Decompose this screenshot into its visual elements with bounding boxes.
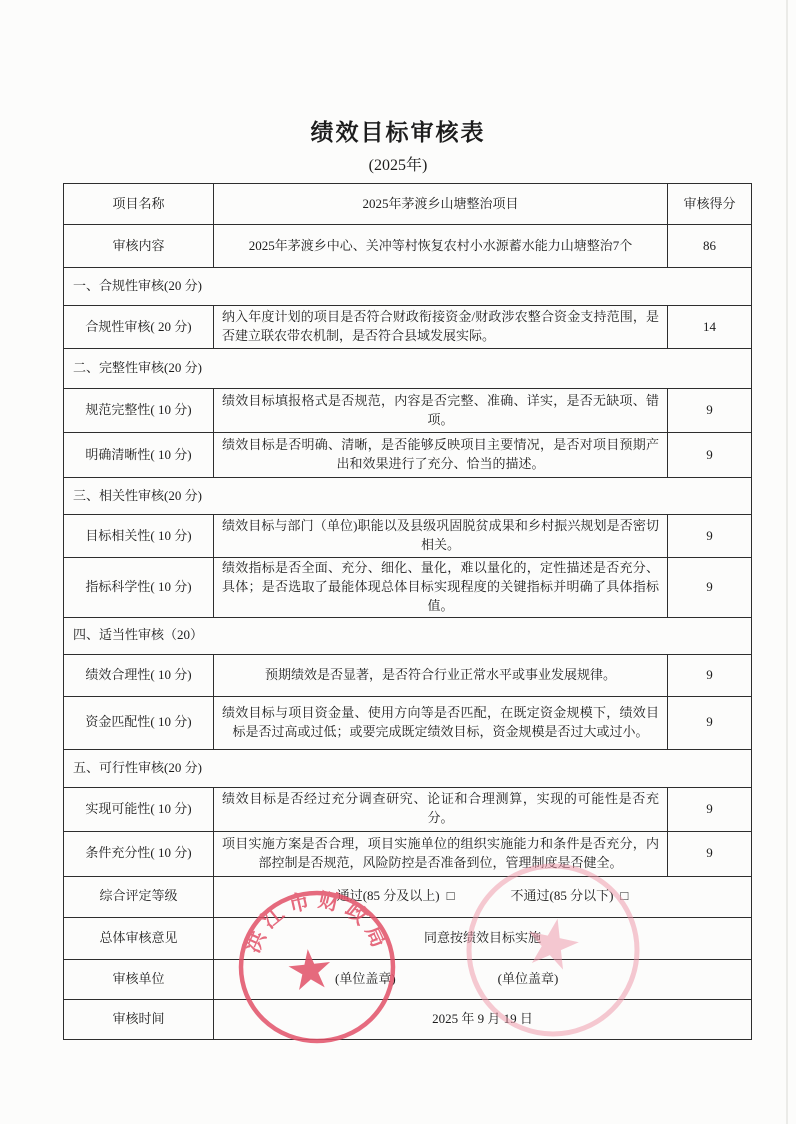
review-table: 项目名称 2025年茅渡乡山塘整治项目 审核得分 审核内容 2025年茅渡乡中心…	[63, 183, 752, 1040]
rating-label: 综合评定等级	[64, 876, 214, 917]
total-score-value: 86	[668, 225, 752, 268]
criterion-label: 条件充分性( 10 分)	[64, 831, 214, 876]
criterion-label: 实现可能性( 10 分)	[64, 787, 214, 831]
criterion-score: 9	[668, 515, 752, 558]
criterion-description: 纳入年度计划的项目是否符合财政衔接资金/财政涉农整合资金支持范围，是否建立联农带…	[214, 306, 668, 349]
criterion-score: 9	[668, 654, 752, 696]
project-name-row: 项目名称 2025年茅渡乡山塘整治项目 审核得分	[64, 184, 752, 225]
criterion-description: 绩效目标与项目资金量、使用方向等是否匹配，在既定资金规模下，绩效目 标是否过高或…	[214, 696, 668, 749]
criterion-score: 9	[668, 831, 752, 876]
criterion-row: 规范完整性( 10 分) 绩效目标填报格式是否规范，内容是否完整、准确、详实，是…	[64, 389, 752, 433]
opinion-value: 同意按绩效目标实施	[214, 917, 752, 959]
fail-checkbox[interactable]: □	[620, 887, 628, 906]
unit-seal-cell: (单位盖章) (单位盖章)	[214, 959, 752, 999]
criterion-label: 绩效合理性( 10 分)	[64, 654, 214, 696]
seal-note-2: (单位盖章)	[498, 970, 559, 989]
scan-edge-artifact	[786, 0, 788, 1124]
criterion-score: 9	[668, 558, 752, 618]
criterion-description: 绩效目标是否明确、清晰，是否能够反映项目主要情况，是否对项目预期产 出和效果进行…	[214, 433, 668, 478]
criterion-description: 绩效目标与部门（单位)职能以及县级巩固脱贫成果和乡村振兴规划是否密切相关。	[214, 515, 668, 558]
scanned-document-page: 绩效目标审核表 (2025年) 项目名称 2025年茅渡乡山塘整治项目 审核得分…	[0, 0, 796, 1124]
criterion-label: 目标相关性( 10 分)	[64, 515, 214, 558]
criterion-score: 9	[668, 787, 752, 831]
score-column-header: 审核得分	[668, 184, 752, 225]
criterion-label: 规范完整性( 10 分)	[64, 389, 214, 433]
date-label: 审核时间	[64, 999, 214, 1039]
criterion-label: 明确清晰性( 10 分)	[64, 433, 214, 478]
pass-option-text: 通过(85 分及以上)	[337, 888, 440, 903]
section-2-title: 二、完整性审核(20 分)	[64, 349, 752, 389]
criterion-row: 条件充分性( 10 分) 项目实施方案是否合理，项目实施单位的组织实施能力和条件…	[64, 831, 752, 876]
criterion-label: 合规性审核( 20 分)	[64, 306, 214, 349]
project-name-value: 2025年茅渡乡山塘整治项目	[214, 184, 668, 225]
review-content-label: 审核内容	[64, 225, 214, 268]
section-3-title: 三、相关性审核(20 分)	[64, 478, 752, 515]
pass-checkbox[interactable]: □	[447, 887, 455, 906]
criterion-score: 9	[668, 433, 752, 478]
criterion-score: 9	[668, 696, 752, 749]
criterion-row: 目标相关性( 10 分) 绩效目标与部门（单位)职能以及县级巩固脱贫成果和乡村振…	[64, 515, 752, 558]
criterion-description: 项目实施方案是否合理，项目实施单位的组织实施能力和条件是否充分，内 部控制是否规…	[214, 831, 668, 876]
document-title: 绩效目标审核表	[0, 114, 796, 147]
unit-label: 审核单位	[64, 959, 214, 999]
criterion-row: 合规性审核( 20 分) 纳入年度计划的项目是否符合财政衔接资金/财政涉农整合资…	[64, 306, 752, 349]
criterion-description: 绩效目标填报格式是否规范，内容是否完整、准确、详实，是否无缺项、错 项。	[214, 389, 668, 433]
opinion-row: 总体审核意见 同意按绩效目标实施	[64, 917, 752, 959]
criterion-description: 绩效指标是否全面、充分、细化、量化，难以量化的，定性描述是否充分、 具体；是否选…	[214, 558, 668, 618]
section-header-row: 一、合规性审核(20 分)	[64, 268, 752, 306]
document-subtitle: (2025年)	[0, 152, 796, 175]
pass-option: 通过(85 分及以上)□	[337, 887, 455, 906]
fail-option-text: 不通过(85 分以下)	[511, 888, 614, 903]
section-header-row: 五、可行性审核(20 分)	[64, 749, 752, 787]
review-date-row: 审核时间 2025 年 9 月 19 日	[64, 999, 752, 1039]
criterion-score: 14	[668, 306, 752, 349]
review-content-row: 审核内容 2025年茅渡乡中心、关冲等村恢复农村小水源蓄水能力山塘整治7个 86	[64, 225, 752, 268]
criterion-row: 实现可能性( 10 分) 绩效目标是否经过充分调查研究、论证和合理测算，实现的可…	[64, 787, 752, 831]
section-4-title: 四、适当性审核（20）	[64, 617, 752, 654]
criterion-description: 绩效目标是否经过充分调查研究、论证和合理测算，实现的可能性是否充分。	[214, 787, 668, 831]
date-value: 2025 年 9 月 19 日	[214, 999, 752, 1039]
criterion-row: 明确清晰性( 10 分) 绩效目标是否明确、清晰，是否能够反映项目主要情况，是否…	[64, 433, 752, 478]
criterion-row: 资金匹配性( 10 分) 绩效目标与项目资金量、使用方向等是否匹配，在既定资金规…	[64, 696, 752, 749]
section-1-title: 一、合规性审核(20 分)	[64, 268, 752, 306]
opinion-label: 总体审核意见	[64, 917, 214, 959]
seal-note-1: (单位盖章)	[335, 970, 396, 989]
section-header-row: 三、相关性审核(20 分)	[64, 478, 752, 515]
project-name-label: 项目名称	[64, 184, 214, 225]
rating-row: 综合评定等级 通过(85 分及以上)□ 不通过(85 分以下)□	[64, 876, 752, 917]
criterion-row: 绩效合理性( 10 分) 预期绩效是否显著，是否符合行业正常水平或事业发展规律。…	[64, 654, 752, 696]
criterion-label: 指标科学性( 10 分)	[64, 558, 214, 618]
criterion-description: 预期绩效是否显著，是否符合行业正常水平或事业发展规律。	[214, 654, 668, 696]
section-header-row: 四、适当性审核（20）	[64, 617, 752, 654]
section-header-row: 二、完整性审核(20 分)	[64, 349, 752, 389]
fail-option: 不通过(85 分以下)□	[511, 887, 629, 906]
criterion-label: 资金匹配性( 10 分)	[64, 696, 214, 749]
review-unit-row: 审核单位 (单位盖章) (单位盖章)	[64, 959, 752, 999]
rating-options-cell: 通过(85 分及以上)□ 不通过(85 分以下)□	[214, 876, 752, 917]
section-5-title: 五、可行性审核(20 分)	[64, 749, 752, 787]
criterion-row: 指标科学性( 10 分) 绩效指标是否全面、充分、细化、量化，难以量化的，定性描…	[64, 558, 752, 618]
criterion-score: 9	[668, 389, 752, 433]
review-content-value: 2025年茅渡乡中心、关冲等村恢复农村小水源蓄水能力山塘整治7个	[214, 225, 668, 268]
